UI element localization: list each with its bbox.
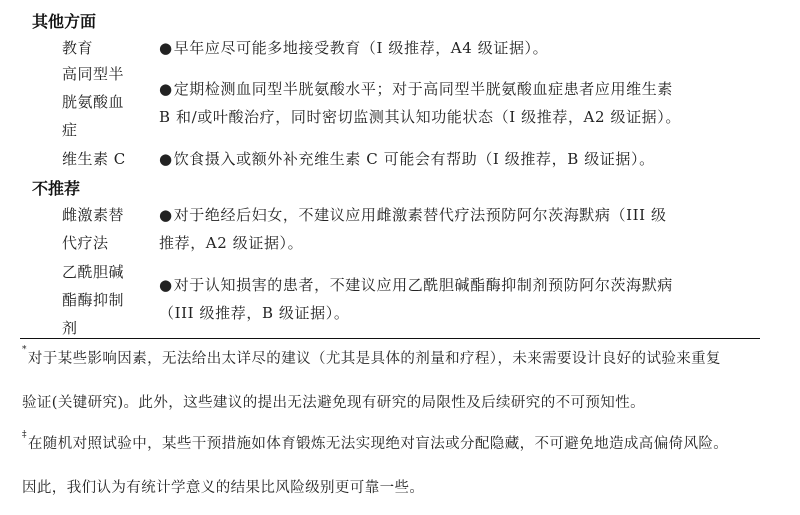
item-label-estrogen-line2: 代疗法 [62, 232, 109, 253]
item-text-estrogen-line1: ●对于绝经后妇女，不建议应用雌激素替代疗法预防阿尔茨海默病（III 级 [159, 204, 667, 225]
item-label-acetylcholinesterase-line2: 酯酶抑制 [62, 289, 124, 310]
bullet-icon: ● [159, 39, 173, 57]
footnote-1-line1: *对于某些影响因素，无法给出太详尽的建议（尤其是具体的剂量和疗程），未来需要设计… [22, 347, 721, 368]
footnote-2-line1: ‡在随机对照试验中，某些干预措施如体育锻炼无法实现绝对盲法或分配隐藏，不可避免地… [22, 432, 728, 453]
bullet-icon: ● [159, 206, 173, 224]
item-text-estrogen-line2: 推荐，A2 级证据）。 [159, 232, 303, 253]
footnote-2-line2: 因此，我们认为有统计学意义的结果比风险级别更可靠一些。 [22, 476, 424, 497]
item-text-homocysteine-line1: ●定期检测血同型半胱氨酸水平；对于高同型半胱氨酸血症患者应用维生素 [159, 78, 673, 99]
bullet-icon: ● [159, 80, 173, 98]
bullet-icon: ● [159, 150, 173, 168]
section-heading-not-recommended: 不推荐 [32, 176, 80, 199]
item-label-homocysteine-line1: 高同型半 [62, 63, 124, 84]
footnote-marker: ‡ [22, 430, 27, 440]
item-text-homocysteine-line2: B 和/或叶酸治疗，同时密切监测其认知功能状态（I 级推荐，A2 级证据）。 [159, 106, 681, 127]
footnote-marker: * [22, 345, 27, 355]
item-label-acetylcholinesterase-line3: 剂 [62, 317, 78, 338]
item-label-education: 教育 [62, 37, 93, 58]
item-text-acetylcholinesterase-line1: ●对于认知损害的患者，不建议应用乙酰胆碱酯酶抑制剂预防阿尔茨海默病 [159, 274, 673, 295]
table-bottom-rule [20, 338, 760, 339]
item-label-vitamin-c: 维生素 C [62, 148, 126, 169]
item-label-homocysteine-line3: 症 [62, 119, 78, 140]
bullet-icon: ● [159, 276, 173, 294]
section-heading-other-aspects: 其他方面 [32, 9, 96, 32]
item-text-vitamin-c: ●饮食摄入或额外补充维生素 C 可能会有帮助（I 级推荐，B 级证据）。 [159, 148, 655, 169]
item-text-education: ●早年应尽可能多地接受教育（I 级推荐，A4 级证据）。 [159, 37, 548, 58]
item-text-acetylcholinesterase-line2: （III 级推荐，B 级证据）。 [159, 302, 349, 323]
item-label-estrogen-line1: 雌激素替 [62, 204, 124, 225]
item-label-acetylcholinesterase-line1: 乙酰胆碱 [62, 261, 124, 282]
item-label-homocysteine-line2: 胱氨酸血 [62, 91, 124, 112]
footnote-1-line2: 验证(关键研究)。此外，这些建议的提出无法避免现有研究的局限性及后续研究的不可预… [22, 391, 645, 412]
